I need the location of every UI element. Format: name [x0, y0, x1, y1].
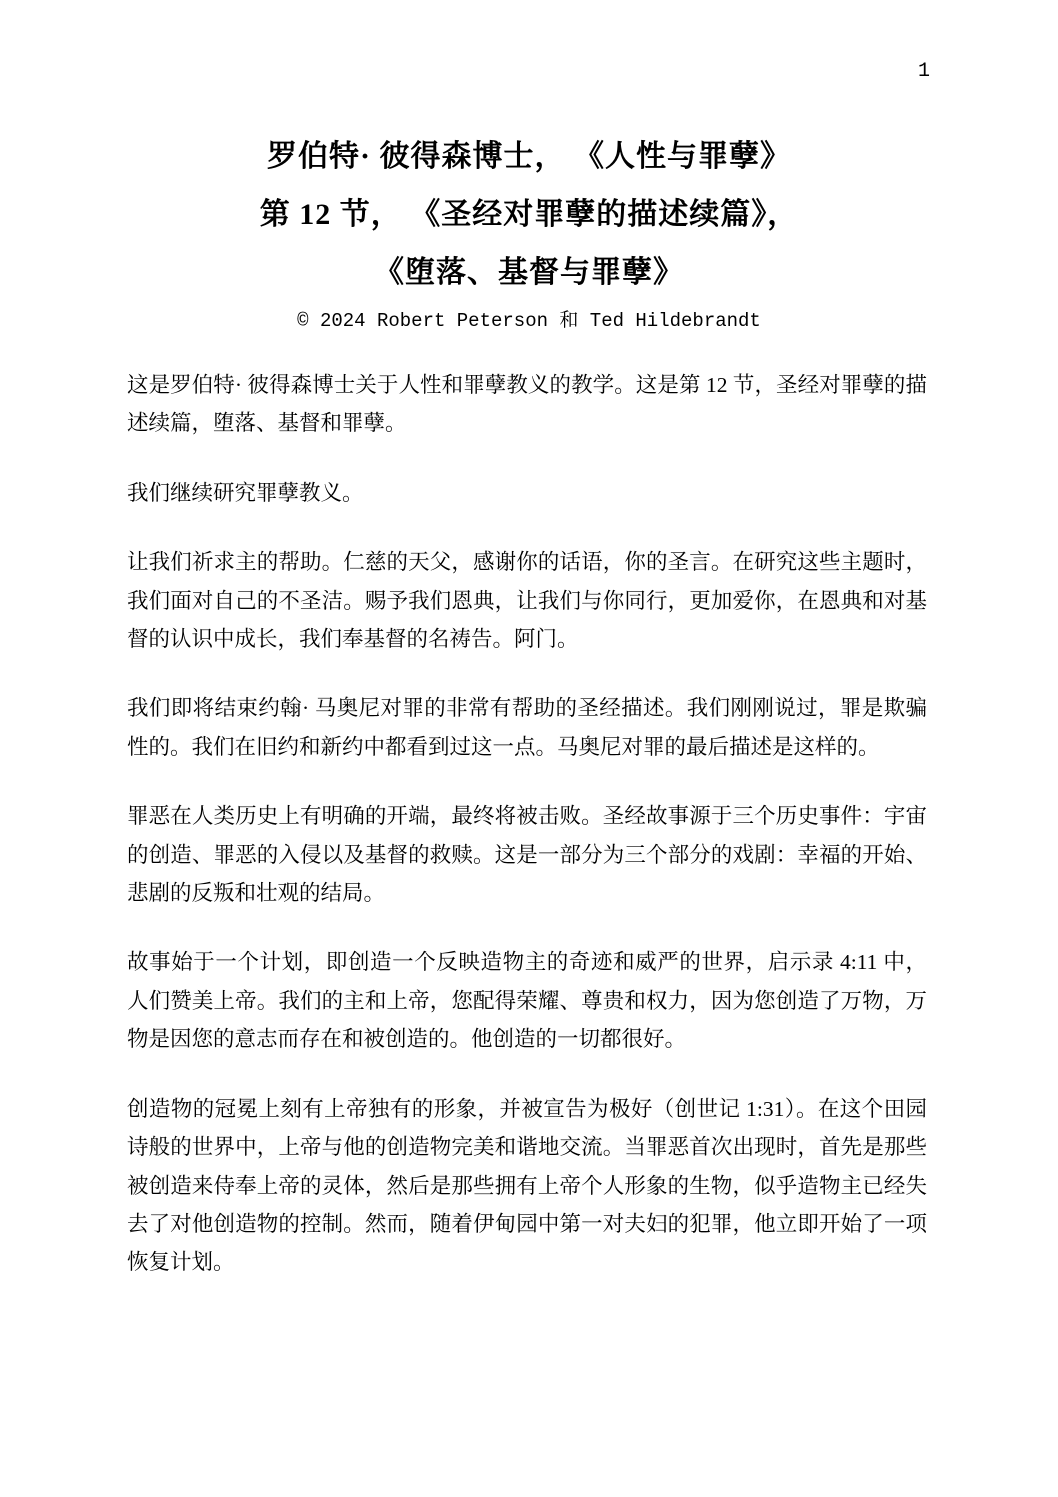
- title-line-3: 《堕落、基督与罪孽》: [0, 244, 1058, 302]
- document-header: 罗伯特· 彼得森博士， 《人性与罪孽》 第 12 节， 《圣经对罪孽的描述续篇》…: [0, 0, 1058, 335]
- paragraph-intro: 这是罗伯特· 彼得森博士关于人性和罪孽教义的教学。这是第 12 节，圣经对罪孽的…: [127, 366, 927, 443]
- paragraph-three-events: 罪恶在人类历史上有明确的开端，最终将被击败。圣经故事源于三个历史事件：宇宙的创造…: [127, 797, 927, 912]
- page-number: 1: [918, 60, 930, 84]
- title-line-2: 第 12 节， 《圣经对罪孽的描述续篇》，: [0, 186, 1058, 244]
- title-line-1: 罗伯特· 彼得森博士， 《人性与罪孽》: [0, 128, 1058, 186]
- document-body: 这是罗伯特· 彼得森博士关于人性和罪孽教义的教学。这是第 12 节，圣经对罪孽的…: [127, 366, 927, 1282]
- paragraph-mahoney-description: 我们即将结束约翰· 马奥尼对罪的非常有帮助的圣经描述。我们刚刚说过，罪是欺骗性的…: [127, 689, 927, 766]
- document-page: 1 罗伯特· 彼得森博士， 《人性与罪孽》 第 12 节， 《圣经对罪孽的描述续…: [0, 0, 1058, 1497]
- paragraph-prayer: 让我们祈求主的帮助。仁慈的天父，感谢你的话语，你的圣言。在研究这些主题时，我们面…: [127, 543, 927, 658]
- paragraph-creation-plan: 故事始于一个计划，即创造一个反映造物主的奇迹和威严的世界，启示录 4:11 中，…: [127, 943, 927, 1058]
- paragraph-fall-and-restoration: 创造物的冠冕上刻有上帝独有的形象，并被宣告为极好（创世记 1:31）。在这个田园…: [127, 1090, 927, 1282]
- paragraph-continue-study: 我们继续研究罪孽教义。: [127, 474, 927, 512]
- copyright-line: © 2024 Robert Peterson 和 Ted Hildebrandt: [0, 307, 1058, 335]
- document-title: 罗伯特· 彼得森博士， 《人性与罪孽》 第 12 节， 《圣经对罪孽的描述续篇》…: [0, 128, 1058, 302]
